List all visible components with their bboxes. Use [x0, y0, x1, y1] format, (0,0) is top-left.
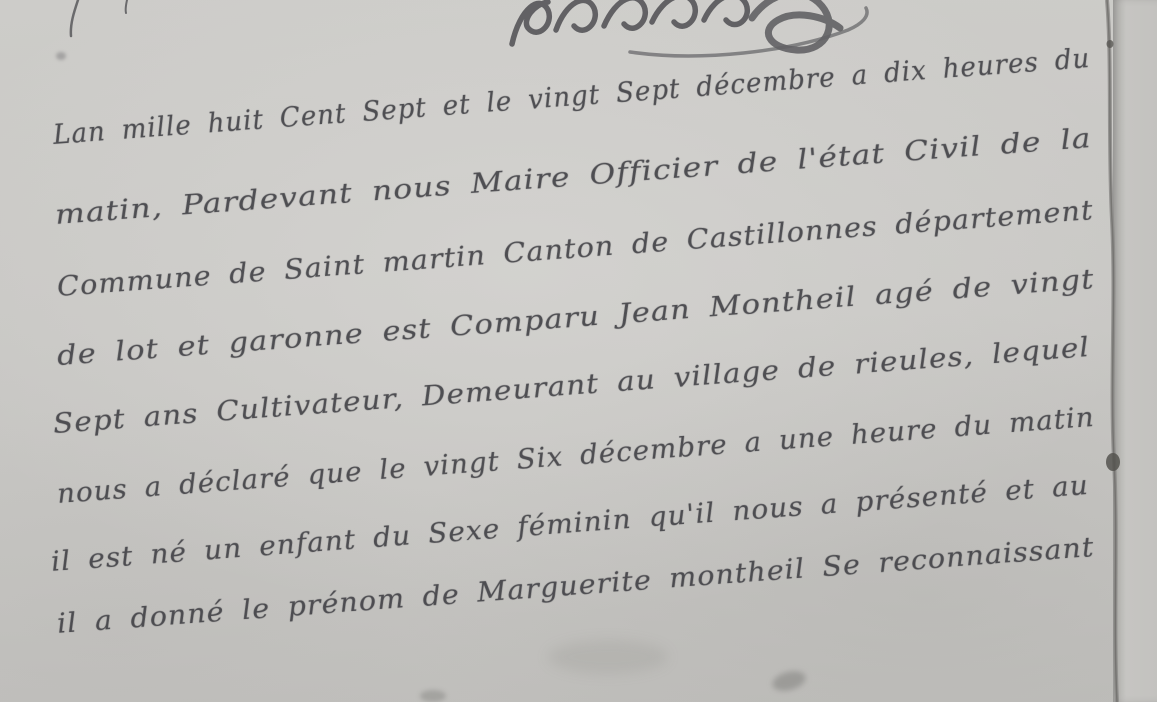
- ink-smudge: [56, 52, 66, 60]
- ink-smudge: [420, 690, 446, 702]
- document-scan: Lan mille huit Cent Sept et le vingt Sep…: [0, 0, 1157, 702]
- page-edge-strip: [1113, 0, 1157, 702]
- ink-smudge: [548, 640, 668, 674]
- header-flourish: [512, 0, 867, 56]
- stray-pen-marks: [71, 0, 127, 36]
- ink-smudge: [770, 668, 808, 694]
